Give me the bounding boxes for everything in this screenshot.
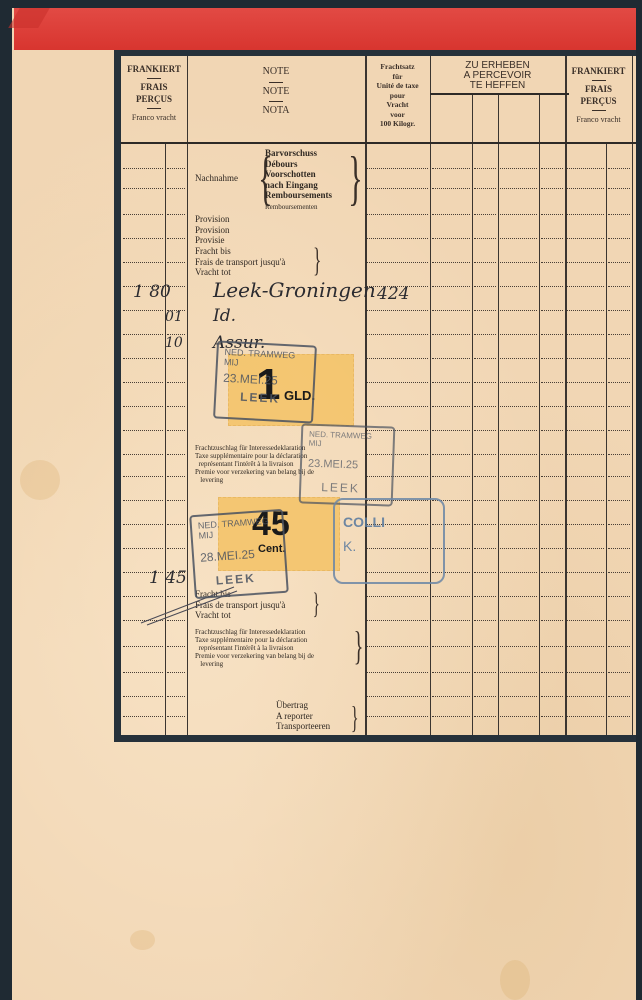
dotted-rule [541,620,563,621]
dotted-rule [123,168,163,169]
dotted-rule [167,406,185,407]
dotted-rule [474,430,496,431]
label-text: Frachtzuschlag für Interessedeklaration [195,444,305,452]
dotted-rule [608,168,630,169]
dotted-rule [123,382,163,383]
dotted-rule [167,238,185,239]
dotted-rule [608,262,630,263]
dotted-rule [500,500,537,501]
label-text: levering [200,476,223,484]
label-text: Provision [195,225,230,235]
dotted-rule [541,358,563,359]
dotted-rule [367,188,428,189]
dotted-rule [541,548,563,549]
red-edge-band [14,8,636,50]
dotted-rule [608,672,630,673]
dotted-rule [167,188,185,189]
dotted-rule [608,430,630,431]
dotted-rule [567,430,604,431]
dotted-rule [432,696,470,697]
header-text: voor [390,110,405,119]
col-divider [632,56,633,735]
dotted-rule [608,524,630,525]
dotted-rule [541,262,563,263]
header-frankiert-left: FRANKIERT FRAIS PERÇUS Franco vracht [121,64,187,123]
dotted-rule [608,334,630,335]
header-text: FRANKIERT [127,64,181,74]
col-divider [165,144,166,735]
col-divider [472,94,473,735]
dotted-rule [608,716,630,717]
dotted-rule [474,334,496,335]
cancel-text: LEEK [240,390,289,406]
dotted-rule [567,262,604,263]
dotted-rule [567,620,604,621]
header-text: NOTE [263,66,290,77]
cancellation-leek-2: NED. TRAMWEG MIJ 23.MEI.25 LEEK [299,423,396,506]
dotted-rule [432,214,470,215]
dotted-rule [567,716,604,717]
dotted-rule [608,548,630,549]
dotted-rule [367,214,428,215]
dotted-rule [432,716,470,717]
col-divider [365,56,367,735]
dotted-rule [123,476,163,477]
dotted-rule [167,454,185,455]
label-uebertrag: Übertrag A reporter Transporteeren [276,700,330,732]
dotted-rule [608,620,630,621]
dotted-rule [567,334,604,335]
dotted-rule [541,596,563,597]
dotted-rule [500,716,537,717]
dotted-rule [474,548,496,549]
dotted-rule [167,168,185,169]
col-divider [498,94,499,735]
dotted-rule [474,716,496,717]
dotted-rule [608,500,630,501]
header-text: für [393,72,403,81]
label-text: Barvorschuss [265,148,317,158]
dotted-rule [608,646,630,647]
subheader-rule [430,93,569,95]
dotted-rule [474,238,496,239]
dotted-rule [567,454,604,455]
dotted-rule [432,168,470,169]
dotted-rule [367,596,428,597]
handwritten-route: Leek-Groningen [213,278,376,302]
handwritten-amount: 10 [165,335,183,351]
dotted-rule [474,406,496,407]
col-divider [430,56,431,735]
header-text: Vracht [387,100,409,109]
dotted-rule [541,334,563,335]
dotted-rule [541,454,563,455]
dotted-rule [500,358,537,359]
brace-icon: } [313,589,320,619]
header-text: PERÇUS [580,96,616,106]
dotted-rule [567,238,604,239]
dotted-rule [167,262,185,263]
dotted-rule [541,382,563,383]
dotted-rule [432,596,470,597]
dotted-rule [474,672,496,673]
dotted-rule [123,238,163,239]
dotted-rule [567,672,604,673]
dotted-rule [474,214,496,215]
paper-stain [500,960,530,1000]
header-zu-erheben: ZU ERHEBEN A PERCEVOIR TE HEFFEN [430,61,565,91]
dotted-rule [432,406,470,407]
dotted-rule [567,382,604,383]
handwritten-amount: 1 80 [133,282,171,302]
dotted-rule [500,572,537,573]
dotted-rule [567,168,604,169]
dotted-rule [567,286,604,287]
dotted-rule [167,696,185,697]
cancel-text: NED. TRAMWEG MIJ [224,347,309,371]
dotted-rule [608,310,630,311]
dotted-rule [123,454,163,455]
dotted-rule [608,454,630,455]
dotted-rule [541,672,563,673]
dotted-rule [500,476,537,477]
brace-icon: } [348,148,362,208]
dotted-rule [474,286,496,287]
dotted-rule [123,430,163,431]
dotted-rule [541,646,563,647]
dotted-rule [608,696,630,697]
label-nachnahme-items: Barvorschuss Débours Voorschotten nach E… [265,148,332,212]
label-nachnahme: Nachnahme [195,173,238,184]
dotted-rule [541,214,563,215]
dotted-rule [167,646,185,647]
dotted-rule [474,620,496,621]
header-text: FRAIS [140,82,167,92]
label-text: Fracht bis [195,246,231,256]
dotted-rule [167,500,185,501]
dotted-rule [567,696,604,697]
dotted-rule [567,646,604,647]
dotted-rule [432,262,470,263]
cancel-text: K. [343,538,435,554]
dotted-rule [474,476,496,477]
header-text: FRANKIERT [572,66,626,76]
dotted-rule [123,188,163,189]
dotted-rule [474,524,496,525]
dotted-rule [367,334,428,335]
dotted-rule [474,358,496,359]
dotted-rule [567,310,604,311]
label-text: Premie voor verzekering van belang bij d… [195,468,314,476]
dotted-rule [167,476,185,477]
dotted-rule [541,476,563,477]
dotted-rule [474,596,496,597]
waybill-form-table: FRANKIERT FRAIS PERÇUS Franco vracht NOT… [114,50,636,742]
dotted-rule [608,476,630,477]
dotted-rule [367,382,428,383]
paper-stain [20,460,60,500]
dotted-rule [567,572,604,573]
cancel-text: COLLI [343,514,435,530]
header-frankiert-right: FRANKIERT FRAIS PERÇUS Franco vracht [565,66,632,125]
label-text: Voorschotten [265,169,316,179]
dotted-rule [432,310,470,311]
label-text: Remboursementen [265,203,318,211]
dotted-rule [474,646,496,647]
dotted-rule [500,262,537,263]
dotted-rule [474,188,496,189]
label-text: Provisie [195,235,225,245]
dotted-rule [123,500,163,501]
dotted-rule [167,548,185,549]
dotted-rule [474,454,496,455]
brace-icon: } [351,701,359,733]
label-text: Remboursements [265,190,332,200]
dotted-rule [500,596,537,597]
header-text: NOTE [263,86,290,97]
dotted-rule [432,476,470,477]
label-text: représentant l'intérêt à la livraison [199,460,294,468]
dotted-rule [123,672,163,673]
label-text: nach Eingang [265,180,318,190]
label-fracht-bis-1: Fracht bis Frais de transport jusqu'à Vr… [195,246,285,278]
label-text: Übertrag [276,700,308,710]
dotted-rule [541,716,563,717]
label-provision: Provision Provision Provisie [195,214,230,246]
label-text: Transporteeren [276,721,330,731]
dotted-rule [367,406,428,407]
header-text: FRAIS [585,84,612,94]
dotted-rule [432,286,470,287]
dotted-rule [567,214,604,215]
dotted-rule [474,572,496,573]
dotted-rule [608,358,630,359]
dotted-rule [367,262,428,263]
cancel-text: 23.MEI.25 [308,458,386,473]
label-text: Premie voor verzekering van belang bij d… [195,652,314,660]
cancel-text: NED. TRAMWEG MIJ [309,430,388,451]
dotted-rule [541,524,563,525]
dotted-rule [500,238,537,239]
dotted-rule [432,334,470,335]
dotted-rule [474,168,496,169]
dotted-rule [500,310,537,311]
cancel-text: LEEK [321,480,371,496]
handwritten-weight: 424 [377,284,409,304]
dotted-rule [500,646,537,647]
label-text: Taxe supplémentaire pour la déclaration [195,452,307,460]
dotted-rule [541,696,563,697]
dotted-rule [608,286,630,287]
cancellation-colli: COLLI K. [333,498,445,584]
handwritten-text: Id. [213,306,236,326]
dotted-rule [123,646,163,647]
dotted-rule [500,524,537,525]
header-text: Franco vracht [132,113,176,122]
dotted-rule [608,188,630,189]
dotted-rule [567,500,604,501]
header-text: Frachtsatz [380,62,414,71]
dotted-rule [367,358,428,359]
dotted-rule [608,596,630,597]
dotted-rule [500,430,537,431]
dotted-rule [367,696,428,697]
col-divider [606,144,607,735]
dotted-rule [608,572,630,573]
header-text: Unité de taxe [376,81,418,90]
dotted-rule [500,620,537,621]
cancellation-leek-3: NED. TRAMWEG MIJ 28.MEI.25 LEEK [189,509,289,599]
dotted-rule [500,696,537,697]
brace-icon: } [354,626,364,666]
handwritten-amount: 01 [165,309,183,325]
dotted-rule [432,238,470,239]
dotted-rule [167,524,185,525]
cancellation-leek-1: NED. TRAMWEG MIJ 23.MEI.25 LEEK [213,340,317,423]
header-text: PERÇUS [136,94,172,104]
dotted-rule [500,286,537,287]
label-text: Provision [195,214,230,224]
label-frachtzuschlag-1: Frachtzuschlag für Interessedeklaration … [195,444,314,484]
dotted-rule [608,382,630,383]
dotted-rule [432,672,470,673]
label-text: Débours [265,159,298,169]
dotted-rule [500,454,537,455]
dotted-rule [123,548,163,549]
dotted-rule [432,620,470,621]
dotted-rule [367,672,428,673]
dotted-rule [367,716,428,717]
dotted-rule [367,646,428,647]
cancel-text: 23.MEI.25 [223,371,308,389]
header-note: NOTE NOTE NOTA [187,66,365,118]
header-rule [121,142,636,144]
header-text: TE HEFFEN [470,80,526,91]
dotted-rule [567,548,604,549]
dotted-rule [541,430,563,431]
dotted-rule [123,524,163,525]
dotted-rule [432,382,470,383]
label-frachtzuschlag-2: Frachtzuschlag für Interessedeklaration … [195,628,314,668]
dotted-rule [367,238,428,239]
dotted-rule [541,168,563,169]
dotted-rule [541,310,563,311]
dotted-rule [608,214,630,215]
dotted-rule [167,672,185,673]
dotted-rule [167,358,185,359]
dotted-rule [432,430,470,431]
dotted-rule [567,188,604,189]
label-text: Frais de transport jusqu'à [195,257,285,267]
cancel-text: LEEK [215,570,266,587]
dotted-rule [541,238,563,239]
dotted-rule [474,262,496,263]
dotted-rule [367,310,428,311]
header-text: NOTA [263,105,290,116]
dotted-rule [123,358,163,359]
dotted-rule [567,524,604,525]
label-text: Vracht tot [195,267,231,277]
cancel-text: 28.MEI.25 [200,545,279,564]
dotted-rule [123,716,163,717]
header-text: pour [390,91,405,100]
dotted-rule [567,406,604,407]
label-text: A reporter [276,711,313,721]
dotted-rule [432,188,470,189]
dotted-rule [541,500,563,501]
dotted-rule [167,214,185,215]
dotted-rule [541,286,563,287]
dotted-rule [608,406,630,407]
dotted-rule [567,358,604,359]
col-divider [565,56,567,735]
dotted-rule [123,214,163,215]
dotted-rule [608,238,630,239]
dotted-rule [123,696,163,697]
dotted-rule [474,382,496,383]
dotted-rule [167,716,185,717]
label-text: Taxe supplémentaire pour la déclaration [195,636,307,644]
label-text: représentant l'intérêt à la livraison [199,644,294,652]
header-text: 100 Kilogr. [380,119,415,128]
dotted-rule [432,646,470,647]
dotted-rule [500,188,537,189]
cancel-text: NED. TRAMWEG MIJ [198,515,277,540]
dotted-rule [367,620,428,621]
dotted-rule [567,596,604,597]
dotted-rule [123,310,163,311]
dotted-rule [500,672,537,673]
label-text: Frachtzuschlag für Interessedeklaration [195,628,305,636]
dotted-rule [567,476,604,477]
dotted-rule [367,168,428,169]
brace-icon: } [313,244,321,278]
dotted-rule [167,382,185,383]
dotted-rule [500,214,537,215]
dotted-rule [541,188,563,189]
dotted-rule [474,696,496,697]
dotted-rule [123,334,163,335]
dotted-rule [474,500,496,501]
dotted-rule [474,310,496,311]
dotted-rule [541,406,563,407]
dotted-rule [432,454,470,455]
dotted-rule [541,572,563,573]
dotted-rule [500,382,537,383]
dotted-rule [167,430,185,431]
dotted-rule [500,406,537,407]
paper-stain [130,930,155,950]
header-text: Franco vracht [576,115,620,124]
col-divider [187,56,188,735]
label-text: levering [200,660,223,668]
dotted-rule [500,168,537,169]
dotted-rule [123,262,163,263]
header-frachtsatz: Frachtsatz für Unité de taxe pour Vracht… [365,62,430,129]
dotted-rule [500,334,537,335]
col-divider [539,94,540,735]
dotted-rule [432,358,470,359]
dotted-rule [123,406,163,407]
dotted-rule [500,548,537,549]
